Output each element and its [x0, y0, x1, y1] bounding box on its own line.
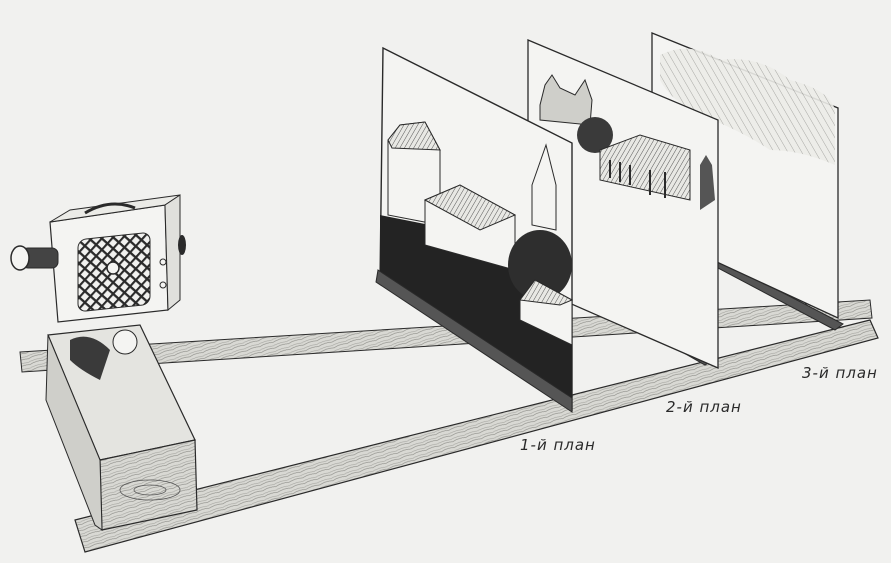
- plane-1-label: 1-й план: [520, 436, 596, 454]
- plane-3-label: 3-й план: [802, 364, 878, 382]
- diagram-drawing: [0, 0, 891, 563]
- multiplane-diagram: 1-й план 2-й план 3-й план: [0, 0, 891, 563]
- camera: [11, 195, 186, 322]
- plane-2-label: 2-й план: [666, 398, 742, 416]
